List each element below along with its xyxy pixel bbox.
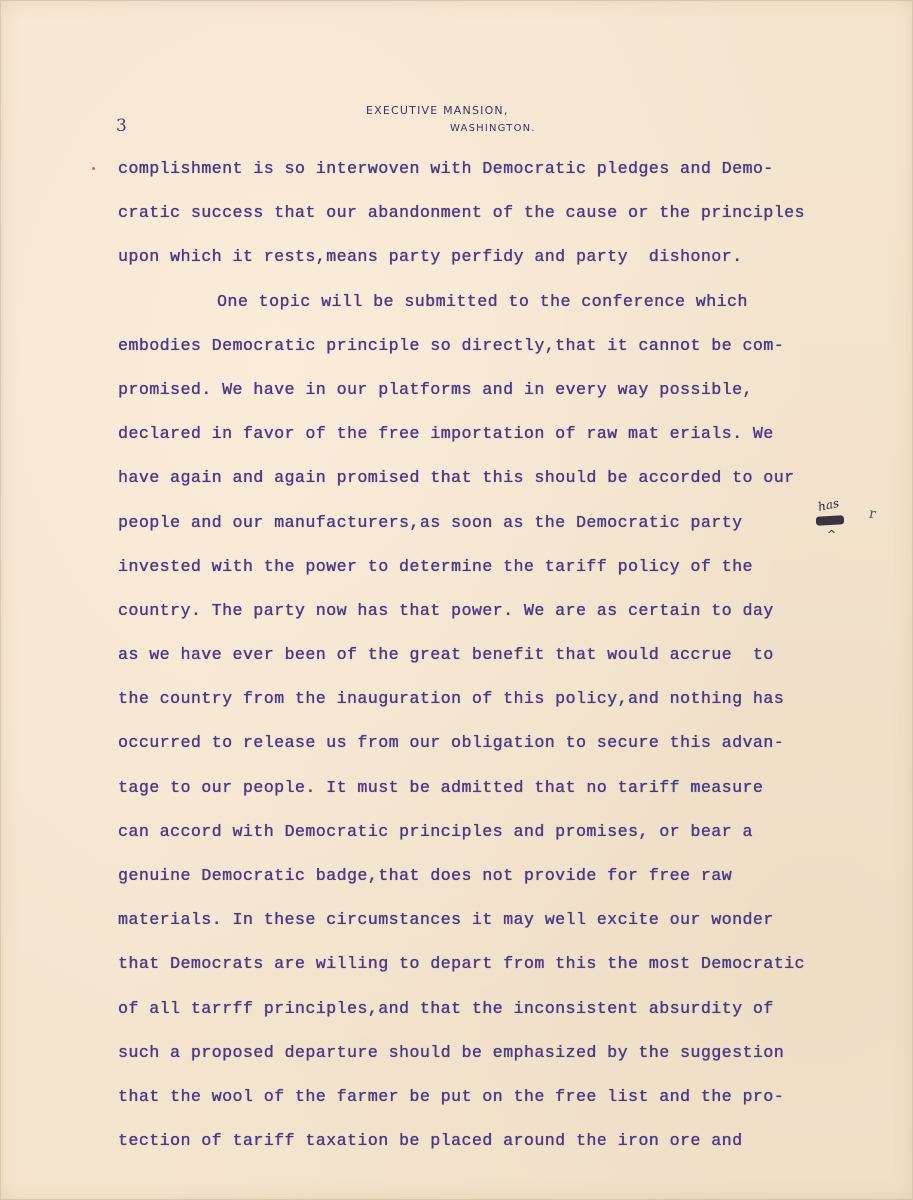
text-line: declared in favor of the free importatio… — [118, 419, 898, 463]
text-line: tage to our people. It must be admitted … — [118, 773, 898, 817]
text-line: have again and again promised that this … — [118, 463, 898, 507]
document-page: EXECUTIVE MANSION, WASHINGTON. 3 complis… — [0, 0, 913, 1200]
text-line: complishment is so interwoven with Democ… — [118, 154, 898, 198]
text-line: cratic success that our abandonment of t… — [118, 198, 898, 242]
text-line: people and our manufacturers,as soon as … — [118, 508, 898, 552]
text-line: of all tarrff principles,and that the in… — [118, 994, 898, 1038]
text-line: as we have ever been of the great benefi… — [118, 640, 898, 684]
margin-mark — [92, 167, 95, 170]
page-number: 3 — [116, 116, 127, 136]
text-line: embodies Democratic principle so directl… — [118, 331, 898, 375]
text-line: invested with the power to determine the… — [118, 552, 898, 596]
handwritten-correction: has ^ r — [813, 498, 883, 542]
text-line: upon which it rests,means party perfidy … — [118, 242, 898, 286]
text-line: tection of tariff taxation be placed aro… — [118, 1126, 898, 1170]
inserted-word: has — [817, 496, 840, 514]
letterhead-title: EXECUTIVE MANSION, — [366, 104, 509, 117]
text-line: promised. We have in our platforms and i… — [118, 375, 898, 419]
margin-tick-mark: r — [868, 506, 877, 523]
typed-body: complishment is so interwoven with Democ… — [118, 154, 898, 1170]
text-line: such a proposed departure should be emph… — [118, 1038, 898, 1082]
text-line: that Democrats are willing to depart fro… — [118, 949, 898, 993]
paragraph-start-line: One topic will be submitted to the confe… — [118, 287, 898, 331]
text-line: materials. In these circumstances it may… — [118, 905, 898, 949]
insertion-caret-icon: ^ — [827, 528, 836, 541]
text-line: country. The party now has that power. W… — [118, 596, 898, 640]
text-line: the country from the inauguration of thi… — [118, 684, 898, 728]
strikeout-mark — [816, 515, 844, 525]
text-line: genuine Democratic badge,that does not p… — [118, 861, 898, 905]
text-line: that the wool of the farmer be put on th… — [118, 1082, 898, 1126]
letterhead-location: WASHINGTON. — [450, 123, 536, 134]
text-line: occurred to release us from our obligati… — [118, 728, 898, 772]
text-line: can accord with Democratic principles an… — [118, 817, 898, 861]
